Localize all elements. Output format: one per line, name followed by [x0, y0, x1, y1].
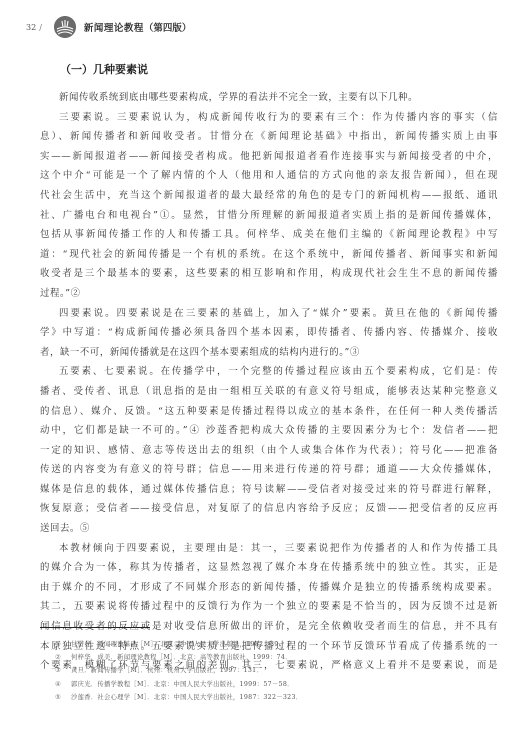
footnote-mark: ④: [55, 678, 71, 691]
footnote-mark: ③: [55, 664, 71, 677]
text-line: 四要素说。四要素说是在三要素的基础上，加入了“媒介”要素。黄旦在他的《新闻传播: [40, 304, 498, 324]
text-line: 的信息）、媒介、反馈。“这五种要素是传播过程得以成立的基本条件，在任何一种人类传…: [40, 402, 498, 422]
footnote-text: 黄旦．新闻传播学［M］．杭州：杭州大学出版社，1997：131．: [71, 664, 263, 677]
text-line: 其二，五要素说将传播过程中的反馈行为作为一个独立的要素是不恰当的，因为反馈不过是…: [40, 597, 498, 617]
text-line: 传送的内容变为有意义的符号群；信息——用来进行传递的符号群；通道——大众传播媒体…: [40, 460, 498, 480]
body-text: 新闻传收系统到底由哪些要素构成，学界的看法并不完全一致，主要有以下几种。 三要素…: [40, 88, 498, 676]
text-line: 过程。”②: [40, 284, 498, 304]
footnote-item: ② 何梓华，成美．新闻理论教程［M］．北京：高等教育出版社，1999：74．: [55, 651, 495, 664]
text-line: 动中，它们都是缺一不可的。”④ 沙莲香把构成大众传播的主要因素分为七个：发信者—…: [40, 421, 498, 441]
footnotes: ① 甘惜分．新闻理论基础［M］．北京：中国人民大学出版社，1982：39． ② …: [55, 638, 495, 704]
section-title: （一）几种要素说: [60, 61, 148, 77]
text-line: 由于媒介的不同，才形成了不同媒介形态的新闻传播，传播媒介是独立的传播系统构成要素…: [40, 578, 498, 598]
footnote-item: ③ 黄旦．新闻传播学［M］．杭州：杭州大学出版社，1997：131．: [55, 664, 495, 677]
header-separator: /: [39, 23, 42, 32]
text-line: 新闻传收系统到底由哪些要素构成，学界的看法并不完全一致，主要有以下几种。: [40, 88, 498, 108]
text-line: 包括从事新闻传播工作的人和传播工具。何梓华、成美在他们主编的《新闻理论教程》中写: [40, 225, 498, 245]
text-line: 三要素说。三要素说认为，构成新闻传收行为的要素有三个：作为传播内容的事实（信: [40, 108, 498, 128]
footnote-mark: ⑤: [55, 691, 71, 704]
footnote-text: 郭庆光．传播学教程［M］．北京：中国人民大学出版社，1999：57－58．: [71, 678, 294, 691]
text-line: 媒体是信息的载体，通过媒体传播信息；符号读解——受信者对接受过来的符号群进行解释…: [40, 480, 498, 500]
footnote-text: 何梓华，成美．新闻理论教程［M］．北京：高等教育出版社，1999：74．: [71, 651, 292, 664]
text-line: 社、广播电台和电视台”①。显然，甘惜分所理解的新闻报道者实质上指的是新闻传播媒体…: [40, 206, 498, 226]
text-line: 道：“现代社会的新闻传播是一个有机的系统。在这个系统中，新闻传播者、新闻事实和新…: [40, 245, 498, 265]
publisher-logo-icon: [54, 16, 76, 38]
text-line: 这个中介“可能是一个了解内情的个人（他用和人通信的方式向他的亲友报告新闻），但在…: [40, 166, 498, 186]
footnote-item: ⑤ 沙莲香．社会心理学［M］．北京：中国人民大学出版社，1987：322－323…: [55, 691, 495, 704]
footnote-text: 沙莲香．社会心理学［M］．北京：中国人民大学出版社，1987：322－323．: [71, 691, 302, 704]
book-edition: （第四版）: [144, 20, 192, 34]
page-number: 32: [26, 23, 36, 32]
text-line: 送回去。⑤: [40, 519, 498, 539]
footnote-item: ④ 郭庆光．传播学教程［M］．北京：中国人民大学出版社，1999：57－58．: [55, 678, 495, 691]
text-line: 五要素、七要素说。在传播学中，一个完整的传播过程应该由五个要素构成，它们是：传: [40, 362, 498, 382]
text-line: 者，缺一不可，新闻传播就是在这四个基本要素组成的结构内进行的。”③: [40, 343, 498, 363]
text-line: 本教材倾向于四要素说，主要理由是：其一，三要素说把作为传播者的人和作为传播工具: [40, 539, 498, 559]
text-line: 恢复原意；受信者——接受信息，对复原了的信息内容给予反应；反馈——把受信者的反应…: [40, 499, 498, 519]
page-header: 32 / 新闻理论教程 （第四版）: [26, 16, 191, 38]
text-line: 代社会生活中，充当这个新闻报道者的最大最经常的角色的是专门的新闻机构——报纸、通…: [40, 186, 498, 206]
text-line: 息）、新闻传播者和新闻收受者。甘惜分在《新闻理论基础》中指出，新闻传播实质上由事: [40, 127, 498, 147]
text-line: 一定的知识、感情、意志等传送出去的组织（由个人或集合体作为代表）；符号化——把准…: [40, 441, 498, 461]
text-line: 学》中写道：“构成新闻传播必须具备四个基本因素，即传播者、传播内容、传播媒介、接…: [40, 323, 498, 343]
text-line: 的媒介合为一体，称其为传播者，这显然忽视了媒介本身在传播系统中的独立性。其实，正…: [40, 558, 498, 578]
text-line: 收受者是三个最基本的要素，这些要素的相互影响和作用，构成现代社会生生不息的新闻传…: [40, 264, 498, 284]
text-line: 播者、受传者、讯息（讯息指的是由一组相互关联的有意义符号组成，能够表达某种完整意…: [40, 382, 498, 402]
footnote-item: ① 甘惜分．新闻理论基础［M］．北京：中国人民大学出版社，1982：39．: [55, 638, 495, 651]
footnote-text: 甘惜分．新闻理论基础［M］．北京：中国人民大学出版社，1982：39．: [71, 638, 285, 651]
footnote-mark: ②: [55, 651, 71, 664]
footnote-divider: [40, 627, 150, 628]
book-title: 新闻理论教程: [84, 20, 144, 34]
text-line: 实——新闻报道者——新闻接受者构成。他把新闻报道者看作连接事实与新闻接受者的中介…: [40, 147, 498, 167]
footnote-mark: ①: [55, 638, 71, 651]
